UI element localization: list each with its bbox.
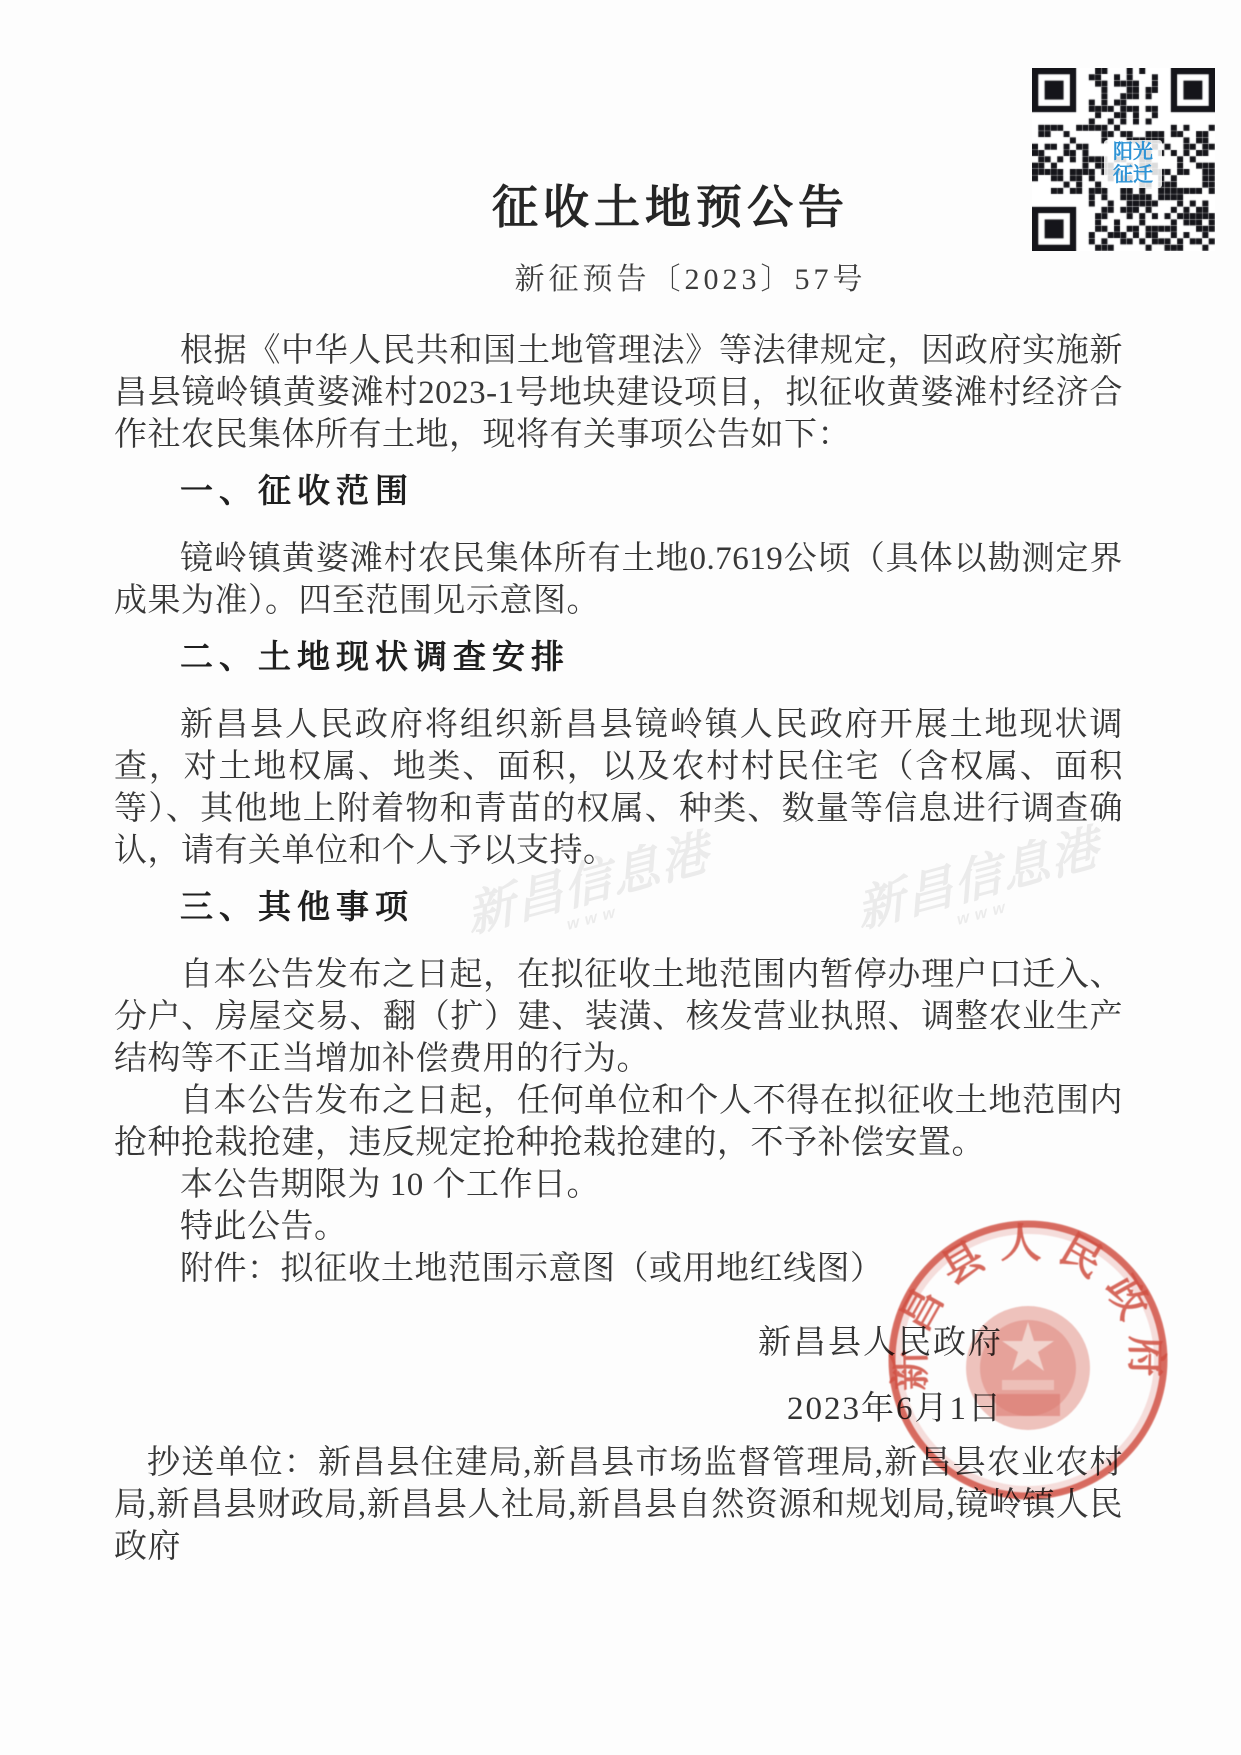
- doc-number: 新征预告〔2023〕57号: [186, 260, 1195, 300]
- paragraph: 自本公告发布之日起，任何单位和个人不得在拟征收土地范围内抢种抢栽抢建，违反规定抢…: [114, 1080, 1123, 1164]
- paragraph: 新昌县人民政府将组织新昌县镜岭镇人民政府开展土地现状调查，对土地权属、地类、面积…: [114, 704, 1123, 872]
- document-title: 征收土地预公告: [166, 180, 1175, 234]
- section-heading: 三、其他事项: [114, 886, 1123, 928]
- intro-paragraph: 根据《中华人民共和国土地管理法》等法律规定，因政府实施新昌县镜岭镇黄婆滩村202…: [114, 330, 1123, 456]
- section-heading: 二、土地现状调查安排: [114, 636, 1123, 678]
- signature-date: 2023年6月1日: [114, 1376, 1003, 1442]
- section-2: 二、土地现状调查安排 新昌县人民政府将组织新昌县镜岭镇人民政府开展土地现状调查，…: [114, 636, 1123, 872]
- paragraph: 镜岭镇黄婆滩村农民集体所有土地0.7619公顷（具体以勘测定界成果为准）。四至范…: [114, 538, 1123, 622]
- paragraph: 附件：拟征收土地范围示意图（或用地红线图）: [114, 1248, 1123, 1290]
- document-body: 征收土地预公告 新征预告〔2023〕57号 根据《中华人民共和国土地管理法》等法…: [114, 0, 1123, 1568]
- cc-paragraph: 抄送单位：新昌县住建局,新昌县市场监督管理局,新昌县农业农村局,新昌县财政局,新…: [114, 1442, 1123, 1568]
- section-heading: 一、征收范围: [114, 470, 1123, 512]
- paragraph: 本公告期限为 10 个工作日。: [114, 1164, 1123, 1206]
- paragraph: 特此公告。: [114, 1206, 1123, 1248]
- document-page: 阳光 征迁 新昌信息港 www 新昌信息港 www 征收土地预公告 新征预告〔2…: [0, 0, 1241, 1755]
- paragraph: 自本公告发布之日起，在拟征收土地范围内暂停办理户口迁入、分户、房屋交易、翻（扩）…: [114, 954, 1123, 1080]
- section-3: 三、其他事项 自本公告发布之日起，在拟征收土地范围内暂停办理户口迁入、分户、房屋…: [114, 886, 1123, 1290]
- signature-block: 新昌县人民政府 2023年6月1日: [114, 1310, 1123, 1442]
- section-1: 一、征收范围 镜岭镇黄婆滩村农民集体所有土地0.7619公顷（具体以勘测定界成果…: [114, 470, 1123, 622]
- signature-authority: 新昌县人民政府: [114, 1310, 1003, 1376]
